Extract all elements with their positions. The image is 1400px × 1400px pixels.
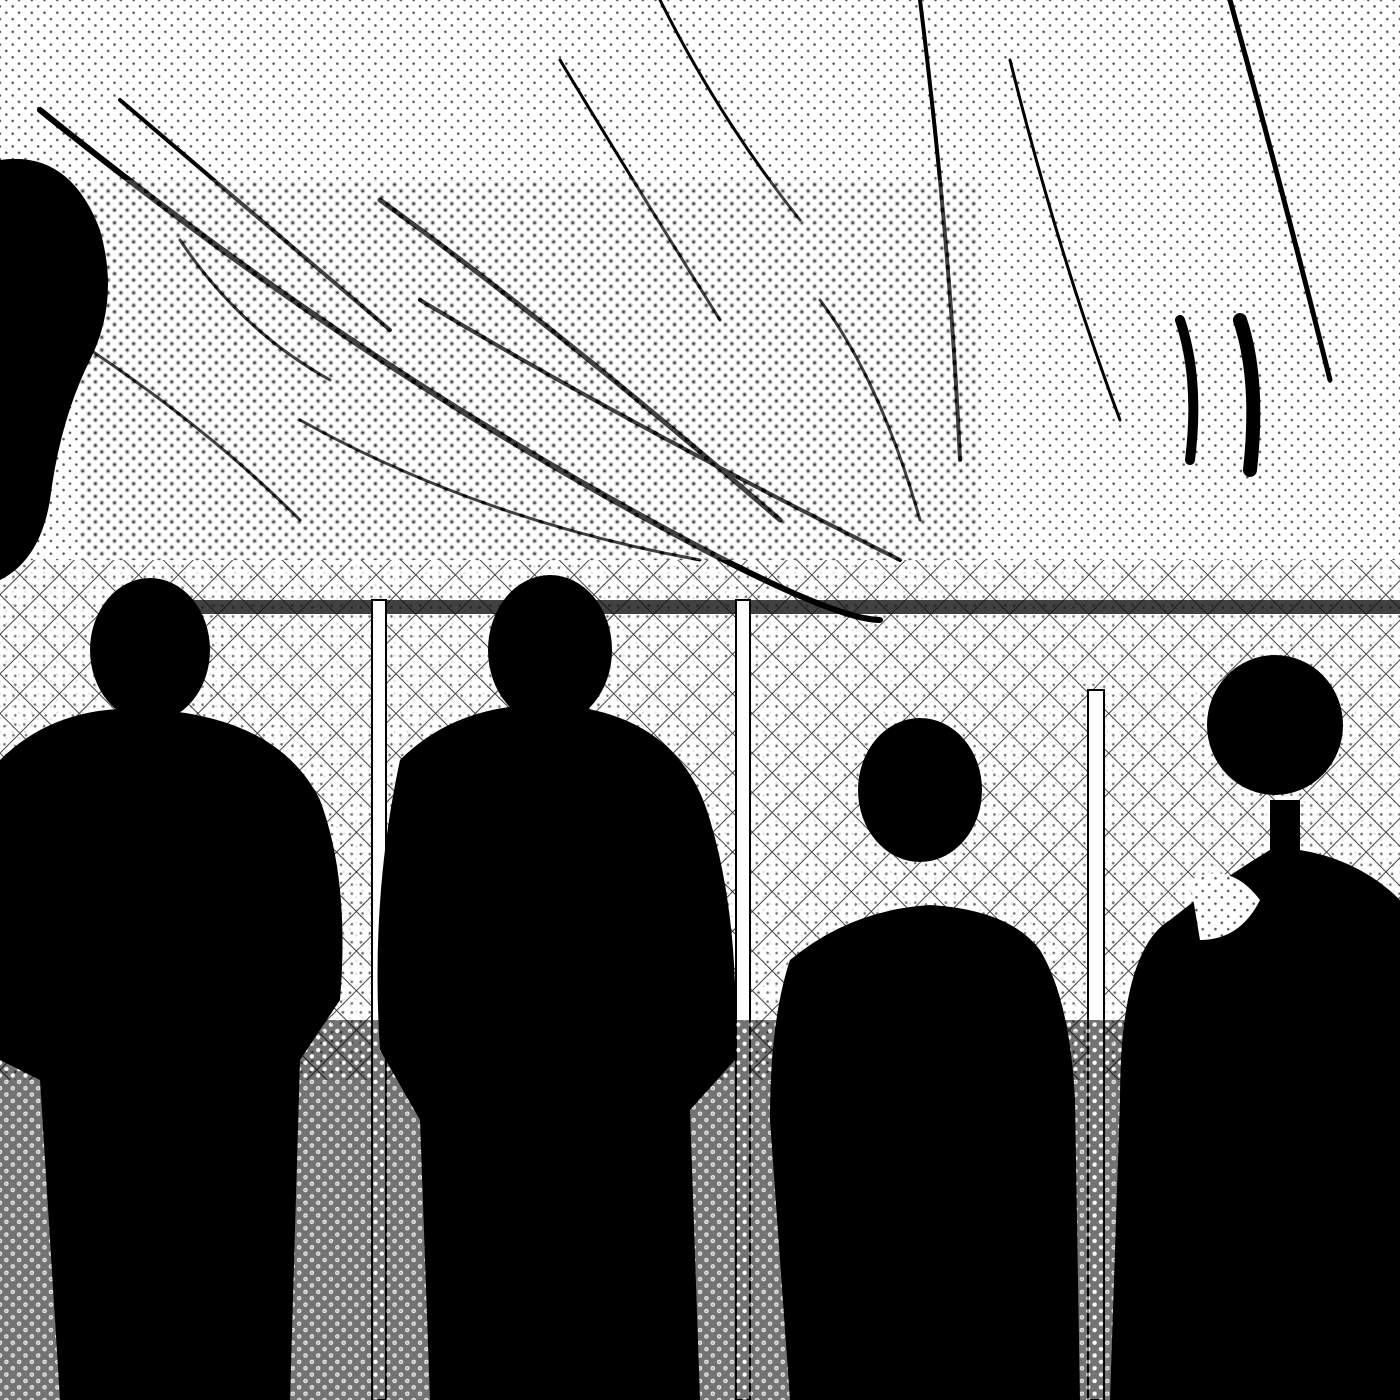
branch-texture	[80, 180, 980, 560]
fence-top-rail	[120, 600, 1400, 614]
halftone-photo	[0, 0, 1400, 1400]
